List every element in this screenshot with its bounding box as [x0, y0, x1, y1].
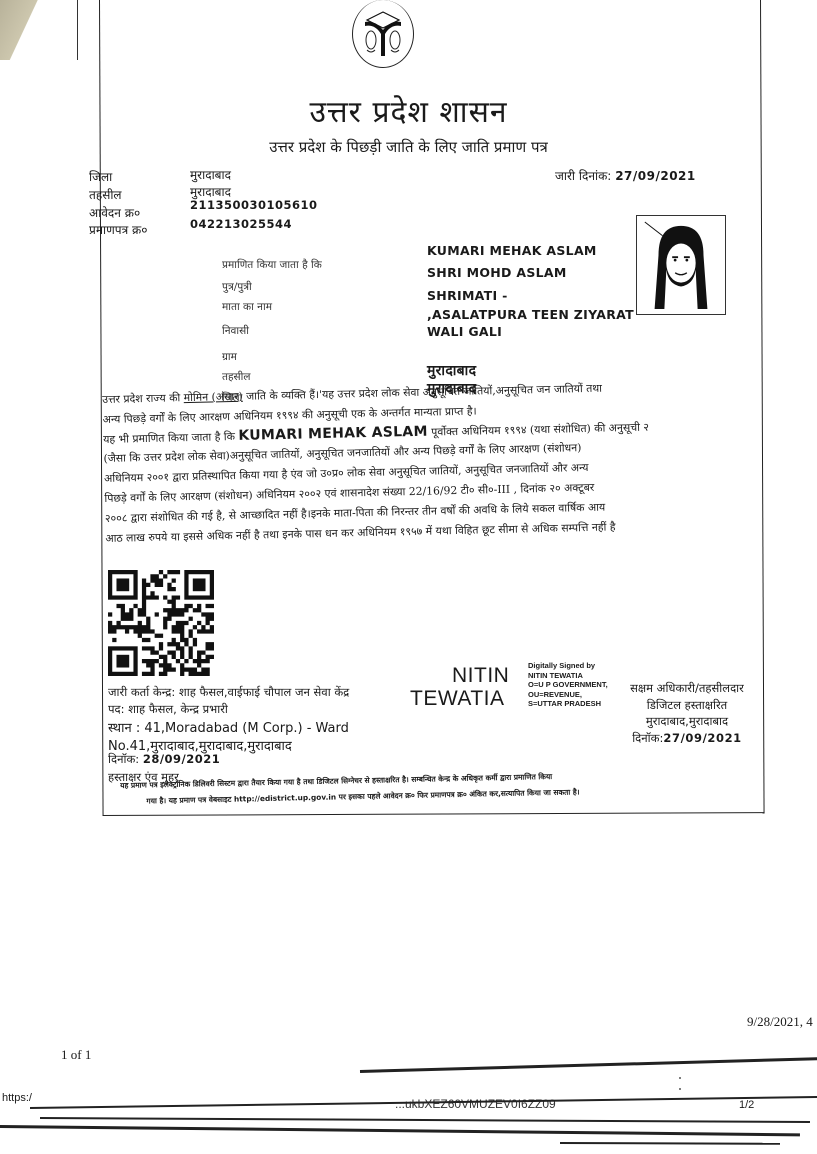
- issuer-place-line-1: स्थान : 41,Moradabad (M Corp.) - Ward: [108, 718, 349, 736]
- page-count: 1 of 1: [61, 1047, 91, 1063]
- field-label-mother: माता का नाम: [222, 300, 272, 314]
- scan-speck: [679, 1077, 681, 1079]
- government-title: उत्तर प्रदेश शासन: [0, 90, 817, 131]
- sheet-edge: [360, 1057, 817, 1073]
- scan-speck: [679, 1088, 681, 1090]
- mother-name: SHRIMATI -: [427, 288, 508, 303]
- print-timestamp: 9/28/2021, 4: [747, 1014, 813, 1030]
- certificate-statement: उत्तर प्रदेश राज्य की मोमिन (अंसार) जाति…: [102, 375, 755, 548]
- caste-name: मोमिन (अंसार): [184, 390, 243, 404]
- certificate-title: उत्तर प्रदेश के पिछड़ी जाति के लिए जाति …: [0, 137, 817, 157]
- field-label-resident: निवासी: [222, 324, 249, 338]
- tehsil-label: तहसील: [89, 186, 122, 203]
- sheet-edge: [0, 1125, 800, 1136]
- verification-qr-code[interactable]: [108, 570, 214, 676]
- issue-date-value: 27/09/2021: [615, 169, 696, 183]
- officer-block: सक्षम अधिकारी/तहसीलदार डिजिटल हस्ताक्षरि…: [612, 680, 762, 746]
- sheet-edge: [40, 1117, 810, 1123]
- father-name: SHRI MOHD ASLAM: [427, 265, 567, 280]
- field-label-child-of: पुत्र/पुत्री: [222, 280, 252, 294]
- field-label-tehsil: तहसील: [222, 370, 251, 384]
- applicant-portrait-icon: [637, 216, 725, 314]
- application-number-label: आवेदन क्र०: [89, 204, 140, 221]
- issue-date-label: जारी दिनांक:: [555, 169, 611, 183]
- certificate-number-value: 042213025544: [190, 217, 292, 231]
- applicant-photo: [636, 215, 726, 315]
- field-label-village: ग्राम: [222, 350, 237, 364]
- digital-signature-details: Digitally Signed by NITIN TEWATIA O=U P …: [528, 661, 608, 709]
- officer-signed: डिजिटल हस्ताक्षरित: [612, 697, 762, 714]
- issuer-date-value: 28/09/2021: [143, 752, 220, 766]
- officer-date: दिनॉक:27/09/2021: [612, 730, 762, 747]
- signer-first-name: NITIN: [452, 664, 509, 688]
- scan-shadow: [0, 0, 40, 60]
- signer-last-name: TEWATIA: [410, 687, 505, 711]
- address-line-2: WALI GALI: [427, 324, 502, 339]
- officer-designation: सक्षम अधिकारी/तहसीलदार: [612, 680, 762, 697]
- issuing-centre: जारी कर्ता केन्द्र: शाह फैसल,वाईफाई चौपा…: [108, 685, 349, 700]
- underlying-page-edge: [77, 0, 78, 60]
- print-url: https:/: [2, 1092, 32, 1104]
- applicant-name: KUMARI MEHAK ASLAM: [427, 243, 597, 258]
- page-number: 1/2: [739, 1099, 754, 1111]
- issuer-date: दिनॉक: 28/09/2021: [108, 752, 220, 767]
- field-label-certified: प्रमाणित किया जाता है कि: [222, 258, 322, 272]
- certificate-number-label: प्रमाणपत्र क्र०: [89, 221, 148, 238]
- officer-location: मुरादाबाद,मुरादाबाद: [612, 713, 762, 730]
- issue-date: जारी दिनांक: 27/09/2021: [555, 167, 696, 184]
- address-line-1: ,ASALATPURA TEEN ZIYARAT: [427, 307, 634, 322]
- application-number-value: 211350030105610: [190, 198, 318, 212]
- statement-applicant-name: KUMARI MEHAK ASLAM: [238, 423, 428, 443]
- issuer-post: पद: शाह फैसल, केन्द्र प्रभारी: [108, 702, 228, 717]
- district-value: मुरादाबाद: [190, 166, 231, 183]
- district-label: जिला: [89, 168, 112, 185]
- up-government-emblem-icon: [352, 0, 414, 68]
- tehsil-field-value: मुरादाबाद: [427, 361, 476, 380]
- sheet-edge: [560, 1142, 780, 1145]
- emblem-glyph-icon: [361, 8, 405, 60]
